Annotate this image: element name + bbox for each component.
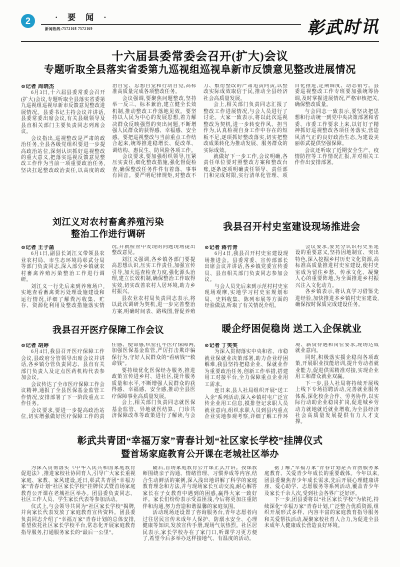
medical-paragraph: 要持续优化医保经办服务,推进政策宣传进乡村、进社区,提升服务质量和水平,不断增强… — [112, 369, 196, 401]
village-history-paragraph: 各乡镇表示,将认真学习借鉴先进经验,加快推进本乡镇村史室建设,确保按时保质完成建… — [295, 290, 379, 309]
lead-byline: ⊙记者 周晓杰 — [21, 84, 105, 90]
lead-headline-line2: 专题听取全县落实省委第九巡视组巡视阜新市反馈意见整改进展情况 — [21, 64, 379, 77]
livestock-body: ⊙记者 王子菡 6月1日,副县长刘江义带领县农业农村局、市生态环境局彰武分局等部… — [21, 245, 196, 317]
youth-headline-line1: 彰武共青团“幸福万家”青春计划“社区家长学校”挂牌仪式 — [21, 436, 379, 448]
youth-body: 为深入贯彻落实《中华人民共和国家庭教育促进法》,推进家校社协同育人,引导广大家长… — [21, 466, 379, 560]
article-row-3: 我县召开医疗保障工作会议 ⊙记者 胡婷 6月4日,我县召开医疗保障工作会议,县政… — [21, 324, 379, 427]
page-header: 2 · 要 闻 · 新闻热线:7572168 7572169 彰武时讯 — [21, 12, 379, 38]
header-middle: · 要 闻 · 新闻热线:7572168 7572169 — [41, 12, 301, 32]
lead-paragraph: 会议强调,要聚焦问题整改,坚持举一反三、标本兼治,建立健全长效机制,推动整改工作… — [112, 97, 196, 155]
medical-headline-wrap: 我县召开医疗保障工作会议 — [21, 324, 196, 338]
lead-paragraph: 会议还听取了近期安全生产、疫情防控等工作情况汇报,并对相关工作作出安排部署。 — [295, 149, 379, 168]
employment-body: ⊙记者 丁笑笑 为深入贯彻落实中央和省、市稳就业保就业决策部署,助力企业纾困解难… — [205, 343, 380, 427]
medical-paragraph: 6月4日,我县召开医疗保障工作会议,县政府分管领导出席会议并讲话,各乡镇分管负责… — [21, 350, 105, 382]
medical-paragraph: 会议传达了全市医疗保障工作会议精神,通报了全县医保基金监管工作情况,安排部署了下… — [21, 383, 105, 409]
village-history-headline-wrap: 我县召开村史室建设现场推进会 — [205, 215, 380, 240]
livestock-paragraph: 6月1日,副县长刘江义带领县农业农村局、市生态环境局彰武分局等部门负责同志,深入… — [21, 252, 105, 284]
lead-paragraph: 会上,相关部门负责同志汇报了整改工作进展情况,与会人员进行了讨论。大家一致表示,… — [204, 103, 288, 155]
page-number-badge: 2 — [21, 14, 35, 28]
lead-body: ⊙记者 周晓杰 6月3日,十六届县委常委会召开(扩大)会议,专题听取全县落实省委… — [21, 84, 379, 208]
village-history-paragraph: 与会人员先后来到示范村村史室现场观摩,实地学习村史室规划布局、史料收集、陈列布展… — [205, 285, 289, 311]
section-title: · 要 闻 · — [41, 12, 301, 23]
medical-headline: 我县召开医疗保障工作会议 — [21, 324, 196, 336]
village-history-paragraph: 会议要求,要充分认识村史室建设的重要意义,坚持因地制宜、突出特色,深入挖掘乡村历… — [295, 245, 379, 290]
youth-paragraph: 活动现场还设置了咨询服务台,青年志愿者向过往居民宣传未成年人保护、防溺水安全、心… — [143, 511, 258, 543]
livestock-headline-line1: 刘江义对农村畜禽养殖污染 — [21, 216, 196, 228]
article-employment: 暖企纾困促稳岗 送工入企保就业 ⊙记者 丁笑笑 为深入贯彻落实中央和省、市稳就业… — [205, 324, 380, 427]
lead-headline-line1: 十六届县委常委会召开(扩大)会议 — [21, 50, 379, 64]
village-history-body: ⊙记者 蒋竹青 6月4日,我县召开村史室建设现场推进会。县委常委、宣传部部长出席… — [205, 245, 380, 317]
lead-paragraph: 与会同志一致表示,要坚决把思想和行动统一到党中央决策部署和省委、市委工作要求上来… — [295, 110, 379, 149]
youth-headline-line2: 暨首场家庭教育公开课在老城社区举办 — [21, 448, 379, 460]
header-rule — [41, 24, 301, 25]
employment-paragraph: 为深入贯彻落实中央和省、市稳就业保就业决策部署,助力企业纾困解难,我县坚持把稳企… — [205, 350, 289, 389]
livestock-headline-line2: 整治工作进行调研 — [21, 228, 196, 240]
employment-headline-wrap: 暖企纾困促稳岗 送工入企保就业 — [205, 324, 380, 338]
masthead-logo: 彰武时讯 — [307, 12, 379, 38]
article-row-2: 刘江义对农村畜禽养殖污染 整治工作进行调研 ⊙记者 王子菡 6月1日,副县长刘江… — [21, 215, 379, 317]
livestock-paragraph: 刘江义强调,各乡镇各部门要提高思想认识,压实工作责任,加强宣传引导,加大巡查检查… — [112, 258, 196, 297]
medical-body: ⊙记者 胡婷 6月4日,我县召开医疗保障工作会议,县政府分管领导出席会议并讲话,… — [21, 343, 196, 427]
employment-paragraph: 下一步,县人社局将持续开展线上线下专场招聘活动,完善就业服务体系,深化校企合作、… — [295, 382, 379, 427]
youth-paragraph: 为深入贯彻落实《中华人民共和国家庭教育促进法》,推进家校社协同育人,引导广大家长… — [21, 466, 136, 505]
header-bottom-rule — [21, 41, 379, 42]
article-youth: 彰武共青团“幸福万家”青春计划“社区家长学校”挂牌仪式 暨首场家庭教育公开课在老… — [21, 436, 379, 560]
youth-paragraph: 据了解,“幸福万家”青春计划是共青团服务家庭教育、关爱青少年成长的重要载体。今年… — [264, 466, 379, 498]
village-history-byline: ⊙记者 蒋竹青 — [205, 245, 289, 251]
medical-byline: ⊙记者 胡婷 — [21, 343, 105, 349]
article-lead: 十六届县委常委会召开(扩大)会议 专题听取全县落实省委第九巡视组巡视阜新市反馈意… — [21, 50, 379, 208]
employment-byline: ⊙记者 丁笑笑 — [205, 343, 289, 349]
employment-headline: 暖企纾困促稳岗 送工入企保就业 — [205, 324, 380, 336]
village-history-paragraph: 6月4日,我县召开村史室建设现场推进会。县委常委、宣传部部长出席会议并讲话,各乡… — [205, 252, 289, 284]
article-medical: 我县召开医疗保障工作会议 ⊙记者 胡婷 6月4日,我县召开医疗保障工作会议,县政… — [21, 324, 196, 427]
youth-paragraph: 仪式上,与会领导共同为“社区家长学校”揭牌,并向家长代表发放了家庭教育宣传资料。… — [21, 505, 136, 537]
lead-paragraph: 6月3日,十六届县委常委会召开(扩大)会议,专题听取全县落实省委第九巡视组巡视阜… — [21, 91, 105, 136]
livestock-byline: ⊙记者 王子菡 — [21, 245, 105, 251]
news-hotline: 新闻热线:7572168 7572169 — [41, 27, 301, 32]
article-livestock: 刘江义对农村畜禽养殖污染 整治工作进行调研 ⊙记者 王子菡 6月1日,副县长刘江… — [21, 215, 196, 317]
village-history-headline: 我县召开村史室建设现场推进会 — [205, 222, 380, 234]
employment-paragraph: 同时,积极落实援企稳岗各项政策,开展职业技能培训,提升劳动者就业能力,促进供需精… — [295, 356, 379, 382]
youth-paragraph: 下一步,团县委将以“社区家长学校”为依托,持续深化“幸福万家”青春计划,广泛整合… — [264, 498, 379, 530]
article-village-history: 我县召开村史室建设现场推进会 ⊙记者 蒋竹青 6月4日,我县召开村史室建设现场推… — [205, 215, 380, 317]
livestock-headline-wrap: 刘江义对农村畜禽养殖污染 整治工作进行调研 — [21, 215, 196, 240]
youth-paragraph: 随后,首场家庭教育公开课正式开讲。授课教师围绕亲子沟通、情绪管理、习惯养成等内容… — [143, 466, 258, 511]
newspaper-page: 2 · 要 闻 · 新闻热线:7572168 7572169 彰武时讯 十六届县… — [0, 0, 400, 567]
